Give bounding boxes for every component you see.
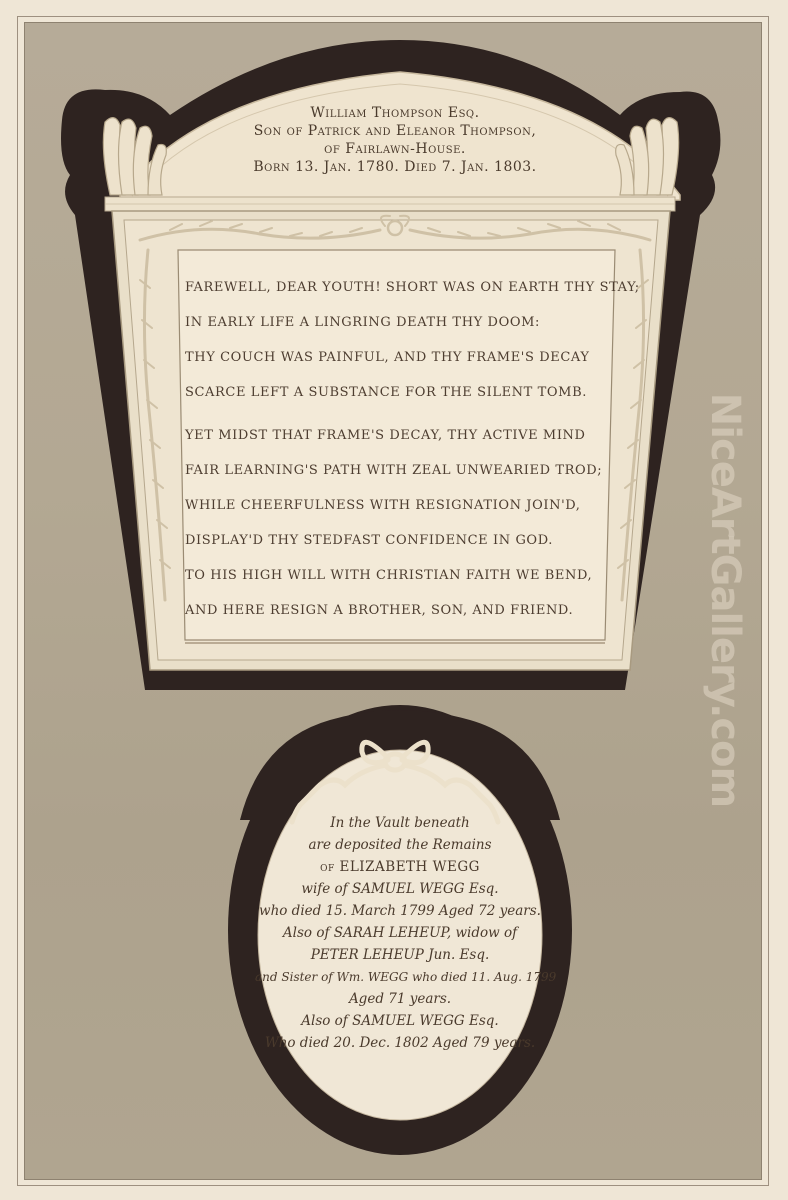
epitaph-line: In early life a lingring death thy doom: — [185, 305, 605, 340]
inscription-line: and Sister of Wm. WEGG who died 11. Aug.… — [255, 966, 545, 988]
header-dates: Born 13. Jan. 1780. Died 7. Jan. 1803. — [190, 158, 600, 176]
watermark: NiceArtGallery.com — [700, 405, 750, 795]
inscription-line: PETER LEHEUP Jun. Esq. — [255, 944, 545, 966]
epitaph-line: Fair learning's path with zeal unwearied… — [185, 453, 605, 488]
epitaph-line: Scarce left a substance for the silent t… — [185, 375, 605, 410]
inscription-line: who died 15. March 1799 Aged 72 years. — [255, 900, 545, 922]
inscription-line: wife of SAMUEL WEGG Esq. — [255, 878, 545, 900]
epitaph-line: To his high will with Christian faith we… — [185, 558, 605, 593]
vault-inscription: In the Vault beneath are deposited the R… — [255, 812, 545, 1054]
epitaph-line: Display'd thy stedfast confidence in God… — [185, 523, 605, 558]
epitaph-line: Yet midst that frame's decay, thy active… — [185, 418, 605, 453]
inscription-line: Who died 20. Dec. 1802 Aged 79 years. — [255, 1032, 545, 1054]
inscription-line: Also of SARAH LEHEUP, widow of — [255, 922, 545, 944]
inscription-line: of ELIZABETH WEGG — [255, 856, 545, 878]
epitaph-line: Thy couch was painful, and thy frame's d… — [185, 340, 605, 375]
epitaph-line: And here resign a brother, son, and frie… — [185, 593, 605, 628]
header-residence: of Fairlawn-House. — [190, 140, 600, 158]
epitaph-line: While cheerfulness with resignation join… — [185, 488, 605, 523]
inscription-line: are deposited the Remains — [255, 834, 545, 856]
epitaph-line: Farewell, dear youth! short was on earth… — [185, 270, 605, 305]
header-name: William Thompson Esq. — [190, 104, 600, 122]
monument-header: William Thompson Esq. Son of Patrick and… — [190, 104, 600, 176]
epitaph-verse: Farewell, dear youth! short was on earth… — [185, 270, 605, 628]
inscription-line: Also of SAMUEL WEGG Esq. — [255, 1010, 545, 1032]
header-parentage: Son of Patrick and Eleanor Thompson, — [190, 122, 600, 140]
inscription-line: In the Vault beneath — [255, 812, 545, 834]
inscription-line: Aged 71 years. — [255, 988, 545, 1010]
